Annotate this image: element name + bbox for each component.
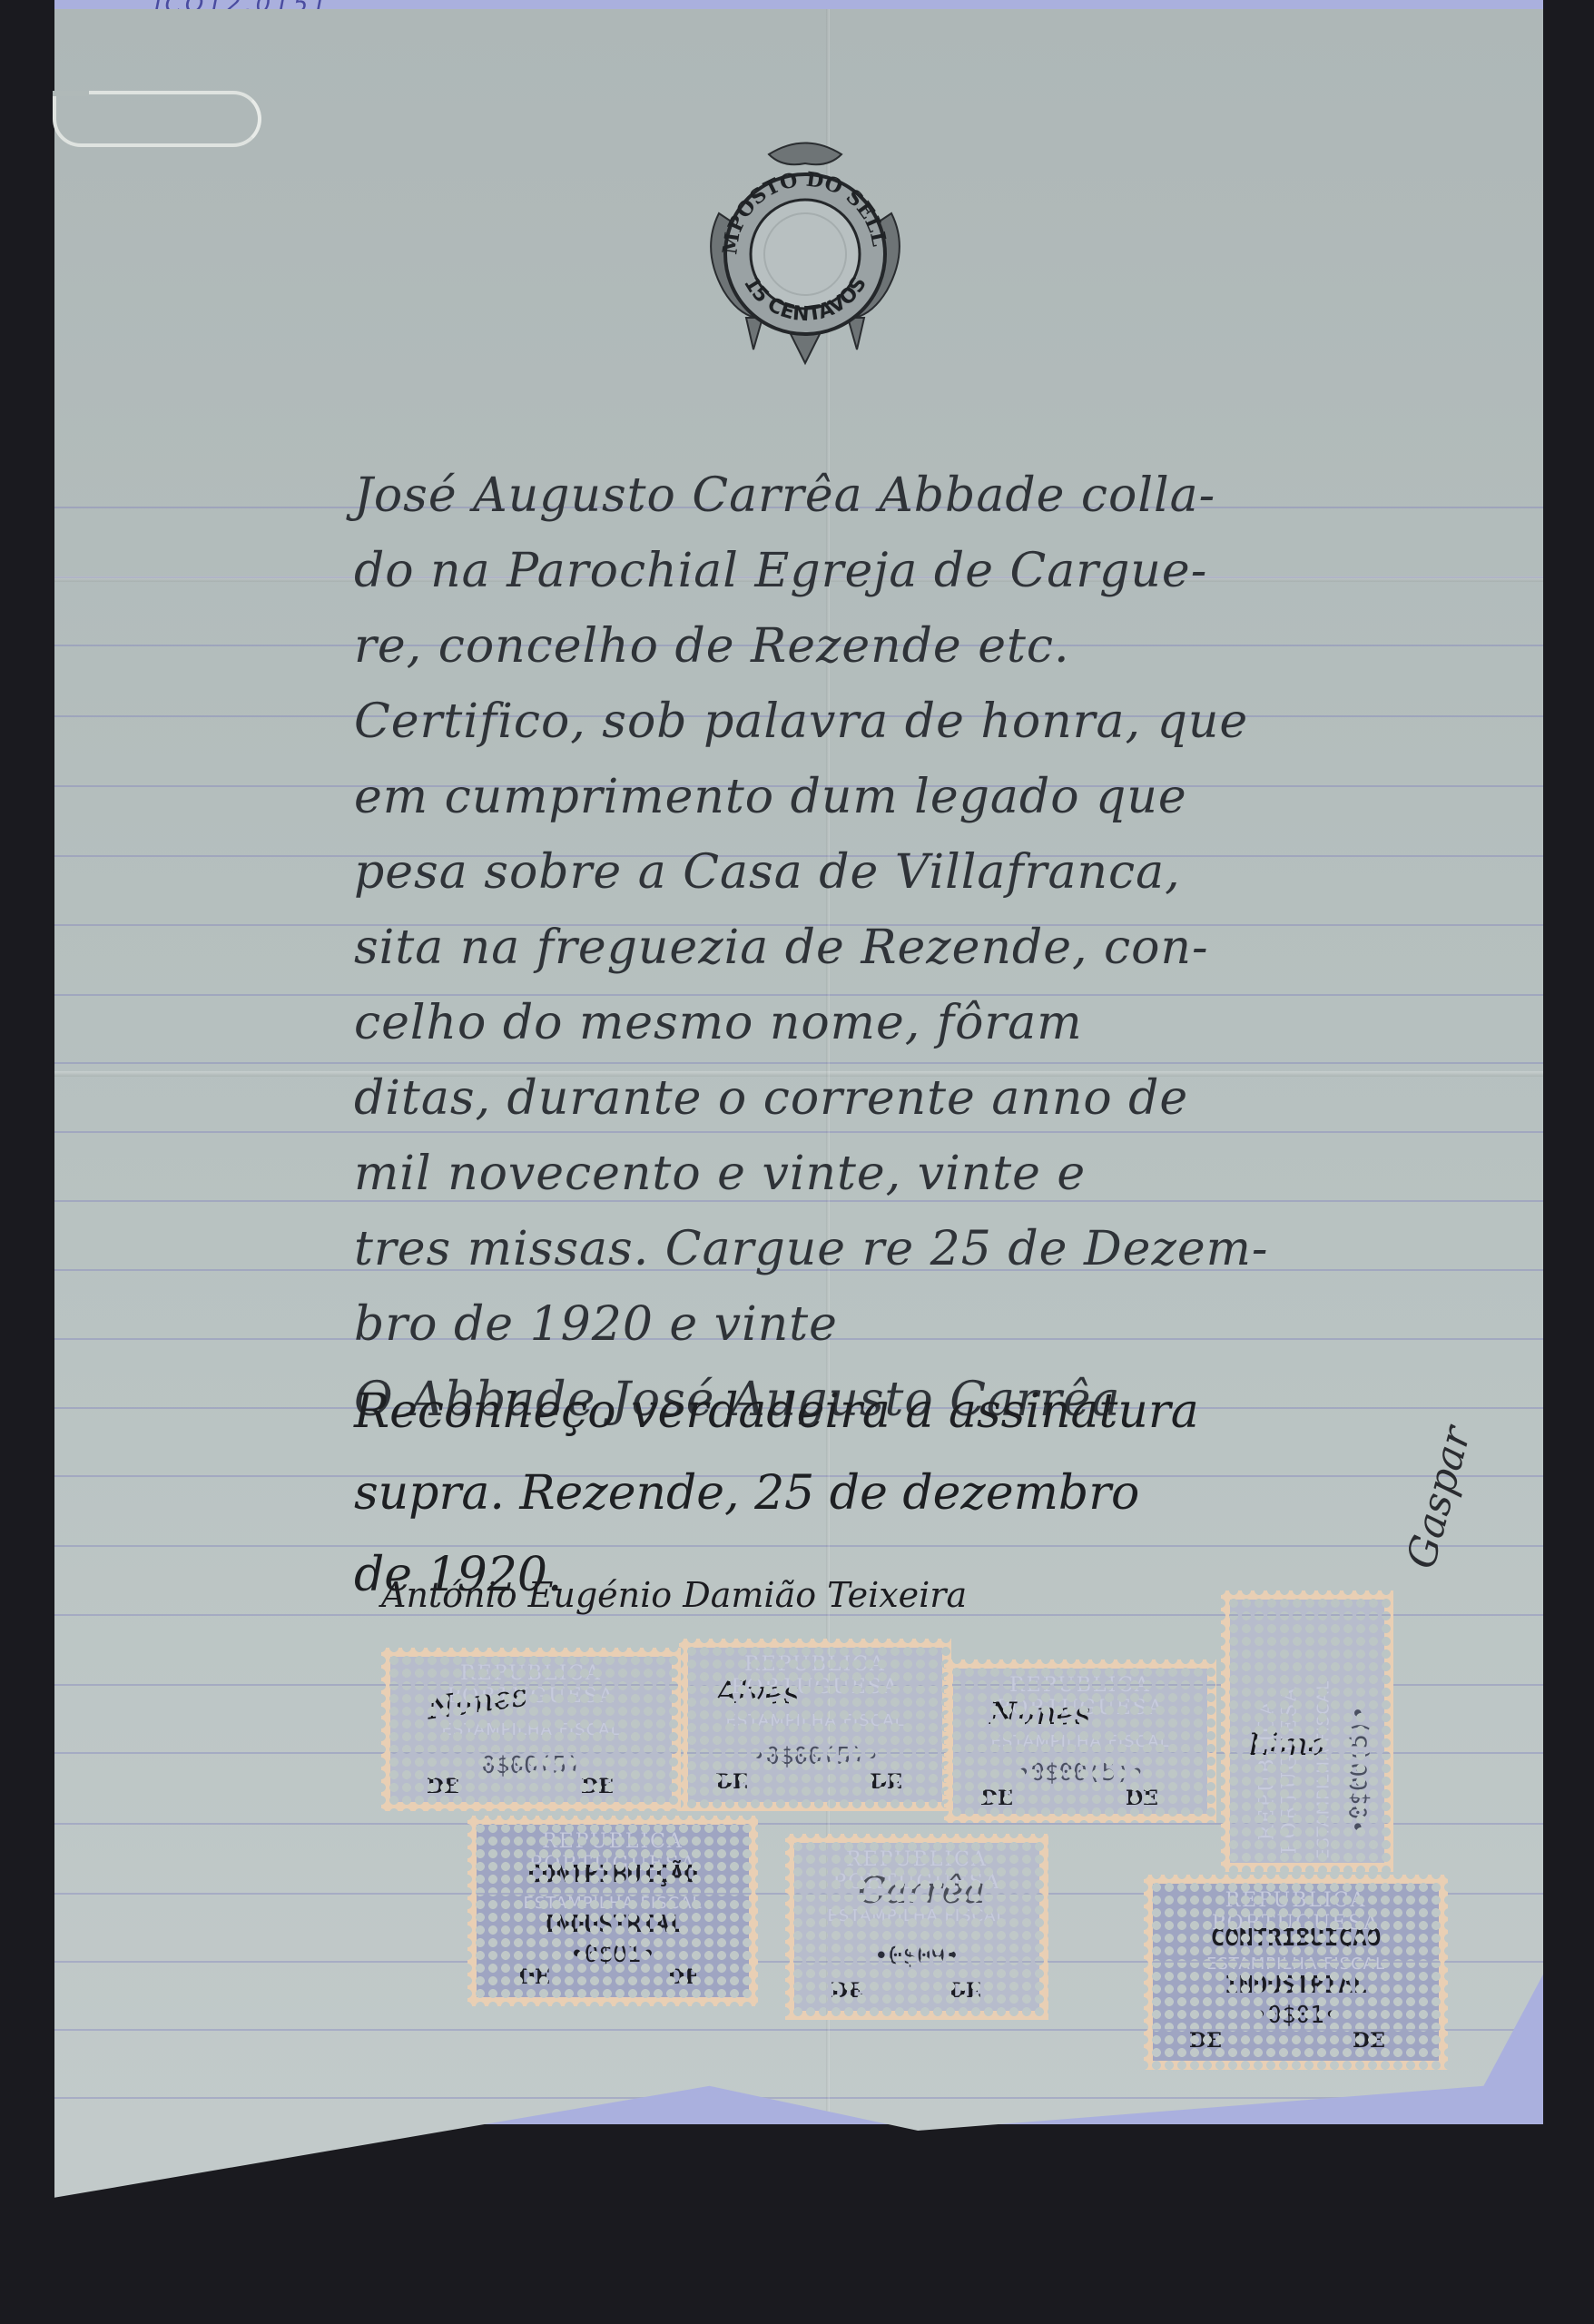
stamp-de: DE — [949, 1979, 981, 2003]
stamp-label: ESTAMPILHA FISCAL — [953, 1732, 1207, 1751]
stamp-signature: Nunes — [989, 1696, 1090, 1732]
seal-emblem-icon: IMPOSTO DO SELLO 15 CENTAVOS — [683, 132, 928, 377]
stamp-de: DE — [667, 1965, 700, 1989]
stamp-value: •0$09• — [794, 1943, 1039, 1970]
body-line: ditas, durante o corrente anno de — [354, 1061, 1552, 1137]
stamp-overprint-line2: INDUSTRIAL — [477, 1911, 749, 1938]
stamp-de: DE — [1126, 1787, 1158, 1810]
stamp-signature: Lima — [1248, 1727, 1326, 1763]
body-line: tres missas. Cargue re 25 de Dezem- — [354, 1212, 1552, 1287]
stamp-value: •0$01• — [1153, 2002, 1439, 2029]
stamp-de: DE — [1189, 2029, 1222, 2053]
stamp-de: DE — [831, 1979, 863, 2003]
fiscal-stamp-overprint: REPUBLICA PORTUGUESA CONTRIBUIÇÃO ESTAMP… — [1144, 1875, 1448, 2070]
notary-signature: António Eugénio Damião Teixeira — [381, 1575, 967, 1615]
body-line: bro de 1920 e vinte — [354, 1287, 1552, 1363]
stamp-label: ESTAMPILHA FISCAL — [688, 1711, 942, 1730]
body-line: mil novecento e vinte, vinte e — [354, 1137, 1552, 1212]
body-line: do na Parochial Egreja de Cargue- — [354, 534, 1552, 609]
body-line: sita na freguezia de Rezende, con- — [354, 911, 1552, 986]
body-line: José Augusto Carrêa Abbade colla- — [354, 458, 1552, 534]
attestation-line: Reconheço verdadeira a assinatura — [354, 1371, 1534, 1452]
stamp-label: ESTAMPILHA FISCAL — [477, 1894, 749, 1913]
stamp-label: ESTAMPILHA FISCAL — [1153, 1955, 1439, 1974]
stamp-de: DE — [715, 1770, 748, 1794]
stamp-de: DE — [581, 1775, 614, 1798]
tax-seal: IMPOSTO DO SELLO 15 CENTAVOS — [683, 132, 928, 377]
stamp-value: •0$00(5)• — [688, 1743, 942, 1770]
ruled-line — [54, 2097, 1543, 2099]
body-line: Certifico, sob palavra de honra, que — [354, 684, 1552, 760]
body-line: celho do mesmo nome, fôram — [354, 986, 1552, 1061]
stamp-signature: Alves — [715, 1675, 799, 1711]
stamp-value: •0$01• — [477, 1941, 749, 1968]
fiscal-stamp: REPUBLICA PORTUGUESA ESTAMPILHA FISCAL •… — [679, 1639, 951, 1811]
stamp-de: DE — [427, 1775, 459, 1798]
stamp-de: DE — [517, 1965, 550, 1989]
stamp-value: •0$00(5)• — [1346, 1634, 1373, 1864]
stamp-de: DE — [1353, 2029, 1385, 2053]
stamp-overprint-line2: INDUSTRIAL — [1153, 1972, 1439, 1999]
body-line: re, concelho de Rezende etc. — [354, 609, 1552, 684]
stamp-de: DE — [980, 1787, 1013, 1810]
stamp-de: DE — [870, 1770, 902, 1794]
fiscal-stamp: REPUBLICA PORTUGUESA ESTAMPILHA FISCAL 0… — [381, 1648, 681, 1811]
body-line: em cumprimento dum legado que — [354, 760, 1552, 835]
fiscal-stamp: REPUBLICA PORTUGUESA ESTAMPILHA FISCAL •… — [944, 1659, 1216, 1823]
stamp-overprint-line1: CONTRIBUIÇÃO — [1153, 1925, 1439, 1952]
fiscal-stamp: REPUBLICA PORTUGUESA ESTAMPILHA FISCAL •… — [785, 1834, 1048, 2020]
certificate-body: José Augusto Carrêa Abbade colla- do na … — [354, 458, 1552, 1438]
stamp-value: •0$00(5)• — [953, 1759, 1207, 1787]
stamp-signature: Carrêa — [858, 1870, 985, 1912]
stamp-overprint-line1: CONTRIBUIÇÃO — [477, 1861, 749, 1888]
attestation-line: supra. Rezende, 25 de dezembro — [354, 1452, 1534, 1534]
fiscal-stamp-rotated: REPUBLICA PORTUGUESA ESTAMPILHA FISCAL •… — [1221, 1590, 1393, 1872]
paperclip-icon — [53, 91, 261, 147]
fiscal-stamp-overprint: REPUBLICA PORTUGUESA CONTRIBUIÇÃO ESTAMP… — [467, 1816, 758, 2006]
body-line: pesa sobre a Casa de Villafranca, — [354, 835, 1552, 911]
